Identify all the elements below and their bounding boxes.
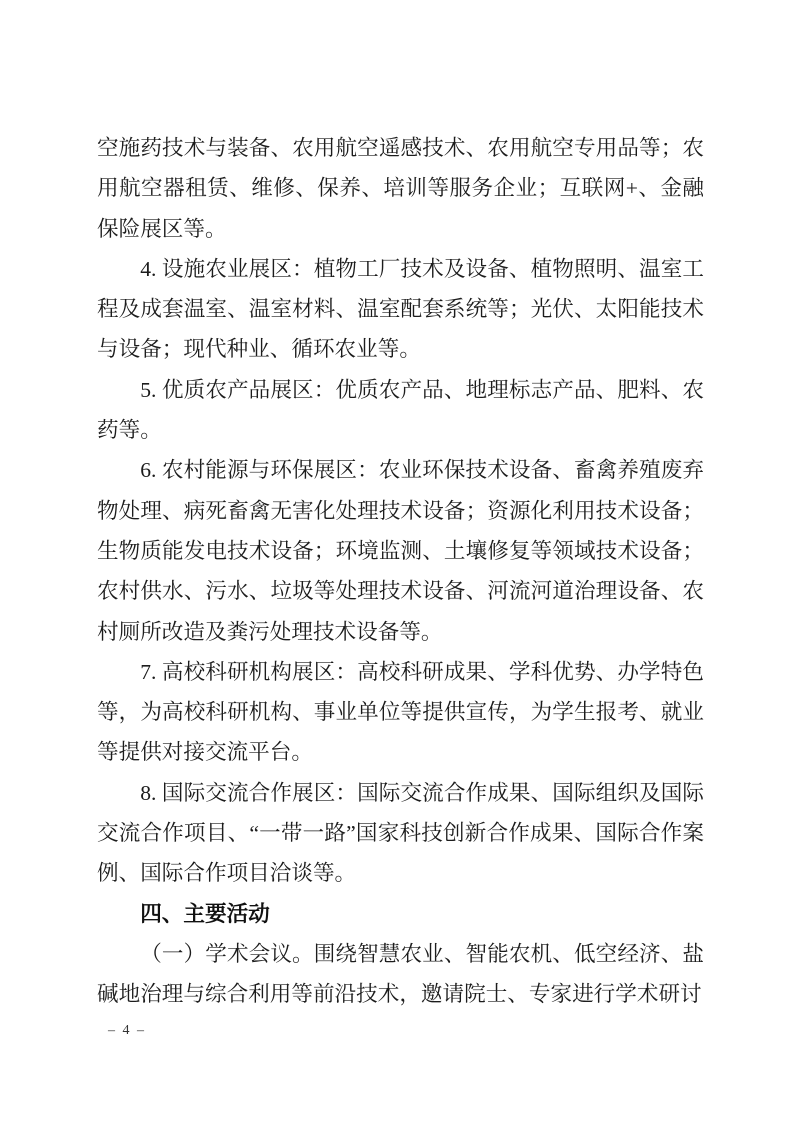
page-number: – 4 – <box>108 1022 146 1040</box>
paragraph-item-6-rural-energy-environment-zone: 6. 农村能源与环保展区：农业环保技术设备、畜禽养殖废弃物处理、病死畜禽无害化处… <box>97 450 704 651</box>
section-heading-main-activities: 四、主要活动 <box>97 894 704 934</box>
paragraph-item-4-facility-agriculture-zone: 4. 设施农业展区：植物工厂技术及设备、植物照明、温室工程及成套温室、温室材料、… <box>97 249 704 370</box>
page-body: 空施药技术与装备、农用航空遥感技术、农用航空专用品等；农用航空器租赁、维修、保养… <box>97 128 704 1015</box>
paragraph-activity-1-academic-conference: （一）学术会议。围绕智慧农业、智能农机、低空经济、盐碱地治理与综合利用等前沿技术… <box>97 934 704 1015</box>
paragraph-item-8-international-cooperation-zone: 8. 国际交流合作展区：国际交流合作成果、国际组织及国际交流合作项目、“一带一路… <box>97 773 704 894</box>
paragraph-item-5-quality-agri-products-zone: 5. 优质农产品展区：优质农产品、地理标志产品、肥料、农药等。 <box>97 370 704 451</box>
paragraph-aviation-exhibition-continued: 空施药技术与装备、农用航空遥感技术、农用航空专用品等；农用航空器租赁、维修、保养… <box>97 128 704 249</box>
paragraph-item-7-university-research-zone: 7. 高校科研机构展区：高校科研成果、学科优势、办学特色等，为高校科研机构、事业… <box>97 652 704 773</box>
document-page: 空施药技术与装备、农用航空遥感技术、农用航空专用品等；农用航空器租赁、维修、保养… <box>0 0 800 1122</box>
